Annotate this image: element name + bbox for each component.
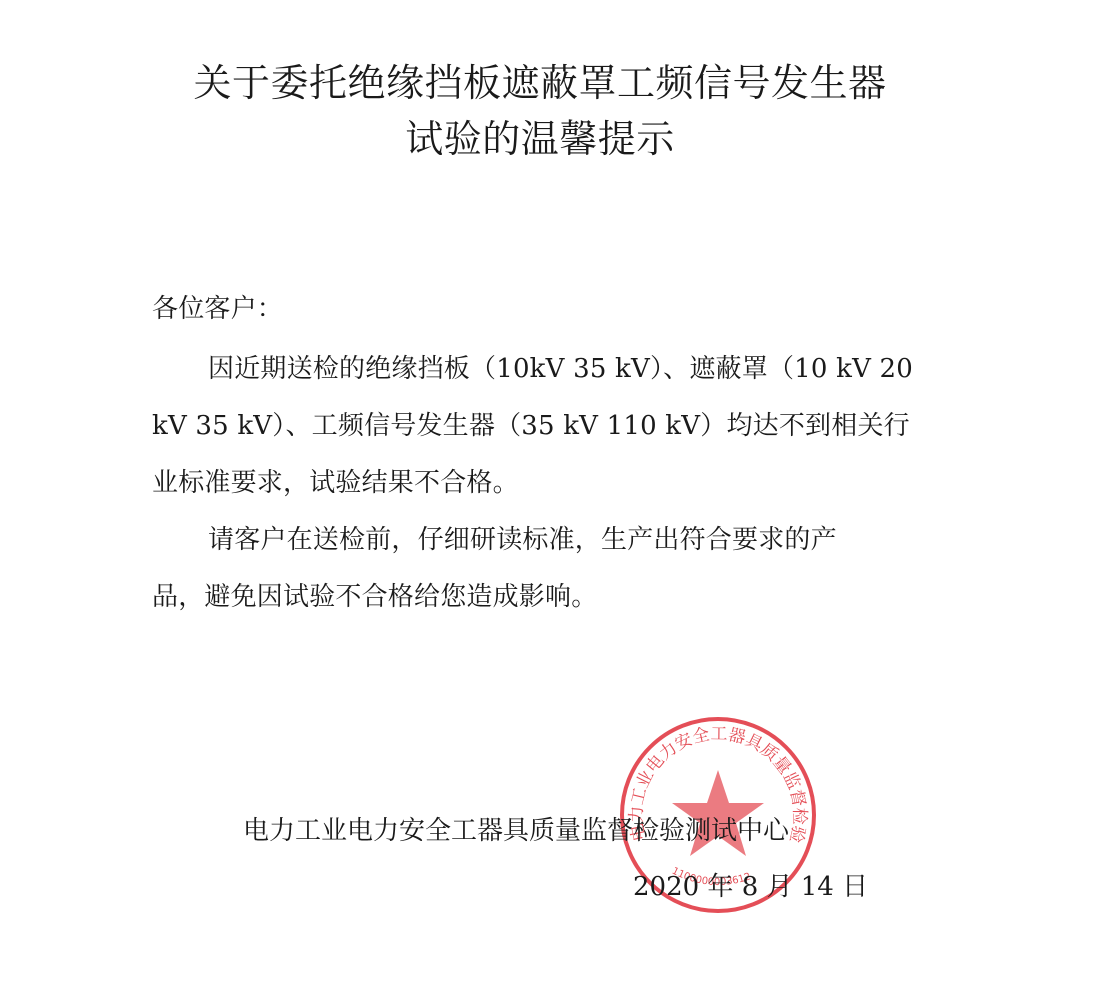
signature-date: 2020 年 8 月 14 日	[633, 866, 868, 903]
document-page: 关于委托绝缘挡板遮蔽罩工频信号发生器 试验的温馨提示 各位客户： 因近期送检的绝…	[0, 0, 1105, 1002]
paragraph-2-line-2: 品，避免因试验不合格给您造成影响。	[152, 576, 597, 613]
document-title-line-2: 试验的温馨提示	[0, 108, 1080, 163]
paragraph-2-line-1: 请客户在送检前，仔细研读标准，生产出符合要求的产	[208, 519, 837, 556]
document-title-line-1: 关于委托绝缘挡板遮蔽罩工频信号发生器	[0, 52, 1080, 107]
paragraph-1-line-2: kV 35 kV）、工频信号发生器（35 kV 110 kV）均达不到相关行	[152, 405, 910, 442]
signature-organization: 电力工业电力安全工器具质量监督检验测试中心	[243, 810, 789, 847]
paragraph-1-line-3: 业标准要求，试验结果不合格。	[152, 462, 519, 499]
salutation: 各位客户：	[152, 288, 283, 325]
paragraph-1-line-1: 因近期送检的绝缘挡板（10kV 35 kV）、遮蔽罩（10 kV 20	[208, 348, 913, 385]
